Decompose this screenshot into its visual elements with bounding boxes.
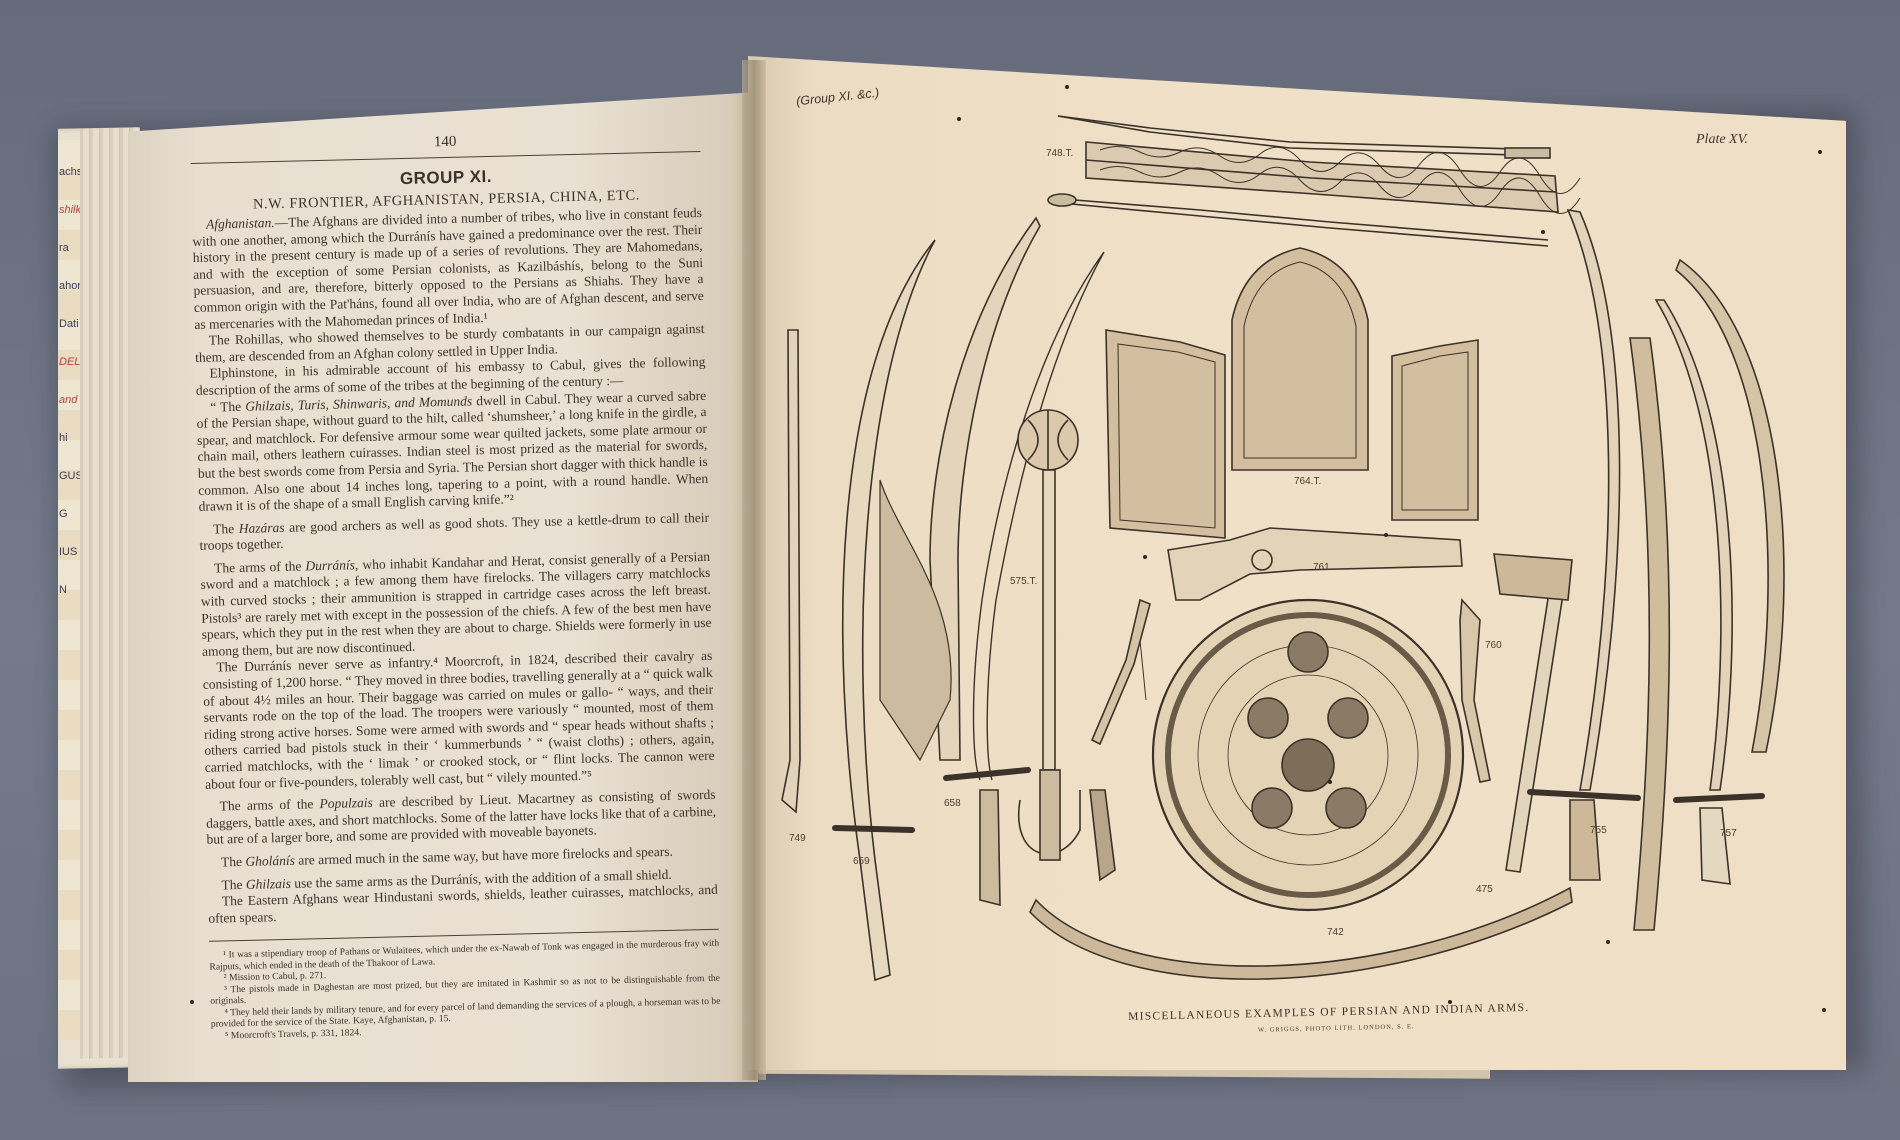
straight-sword-icon: [782, 330, 800, 812]
figure-number: 659: [853, 856, 870, 867]
figure-number: 575.T.: [1010, 576, 1037, 587]
foxing-spot: [1143, 555, 1147, 559]
armour-panel-icon: [1392, 340, 1478, 520]
round-shield-icon: [1153, 600, 1463, 910]
figure-number: 658: [944, 798, 961, 809]
dagger-icon: [1092, 600, 1150, 744]
plate-label: Plate XV.: [1696, 132, 1748, 148]
foxing-spot: [190, 1000, 194, 1004]
weapons-illustration: [0, 0, 1900, 1140]
battle-axe-icon: [1494, 554, 1572, 872]
foxing-spot: [1822, 1008, 1826, 1012]
foxing-spot: [1448, 1000, 1452, 1004]
figure-number: 749: [789, 833, 806, 844]
figure-number: 761: [1313, 562, 1330, 573]
figure-number: 475: [1476, 884, 1493, 895]
figure-number: 764.T.: [1294, 476, 1321, 487]
figure-number: 757: [1720, 828, 1737, 839]
scabbard-icon: [1630, 338, 1669, 930]
figure-number: 760: [1485, 640, 1502, 651]
foxing-spot: [1328, 780, 1332, 784]
knife-icon: [1460, 600, 1490, 782]
armour-panel-icon: [1232, 248, 1368, 470]
mace-icon: [1018, 410, 1115, 880]
foxing-spot: [957, 117, 961, 121]
figure-number: 748.T.: [1046, 148, 1073, 159]
curved-sword-icon: [1568, 210, 1620, 790]
foxing-spot: [1818, 150, 1822, 154]
armour-panel-icon: [1106, 330, 1225, 538]
figure-number: 742: [1327, 927, 1344, 938]
figure-number: 755: [1590, 825, 1607, 836]
foxing-spot: [1384, 533, 1388, 537]
foxing-spot: [1065, 85, 1069, 89]
foxing-spot: [1606, 940, 1610, 944]
foxing-spot: [1541, 230, 1545, 234]
